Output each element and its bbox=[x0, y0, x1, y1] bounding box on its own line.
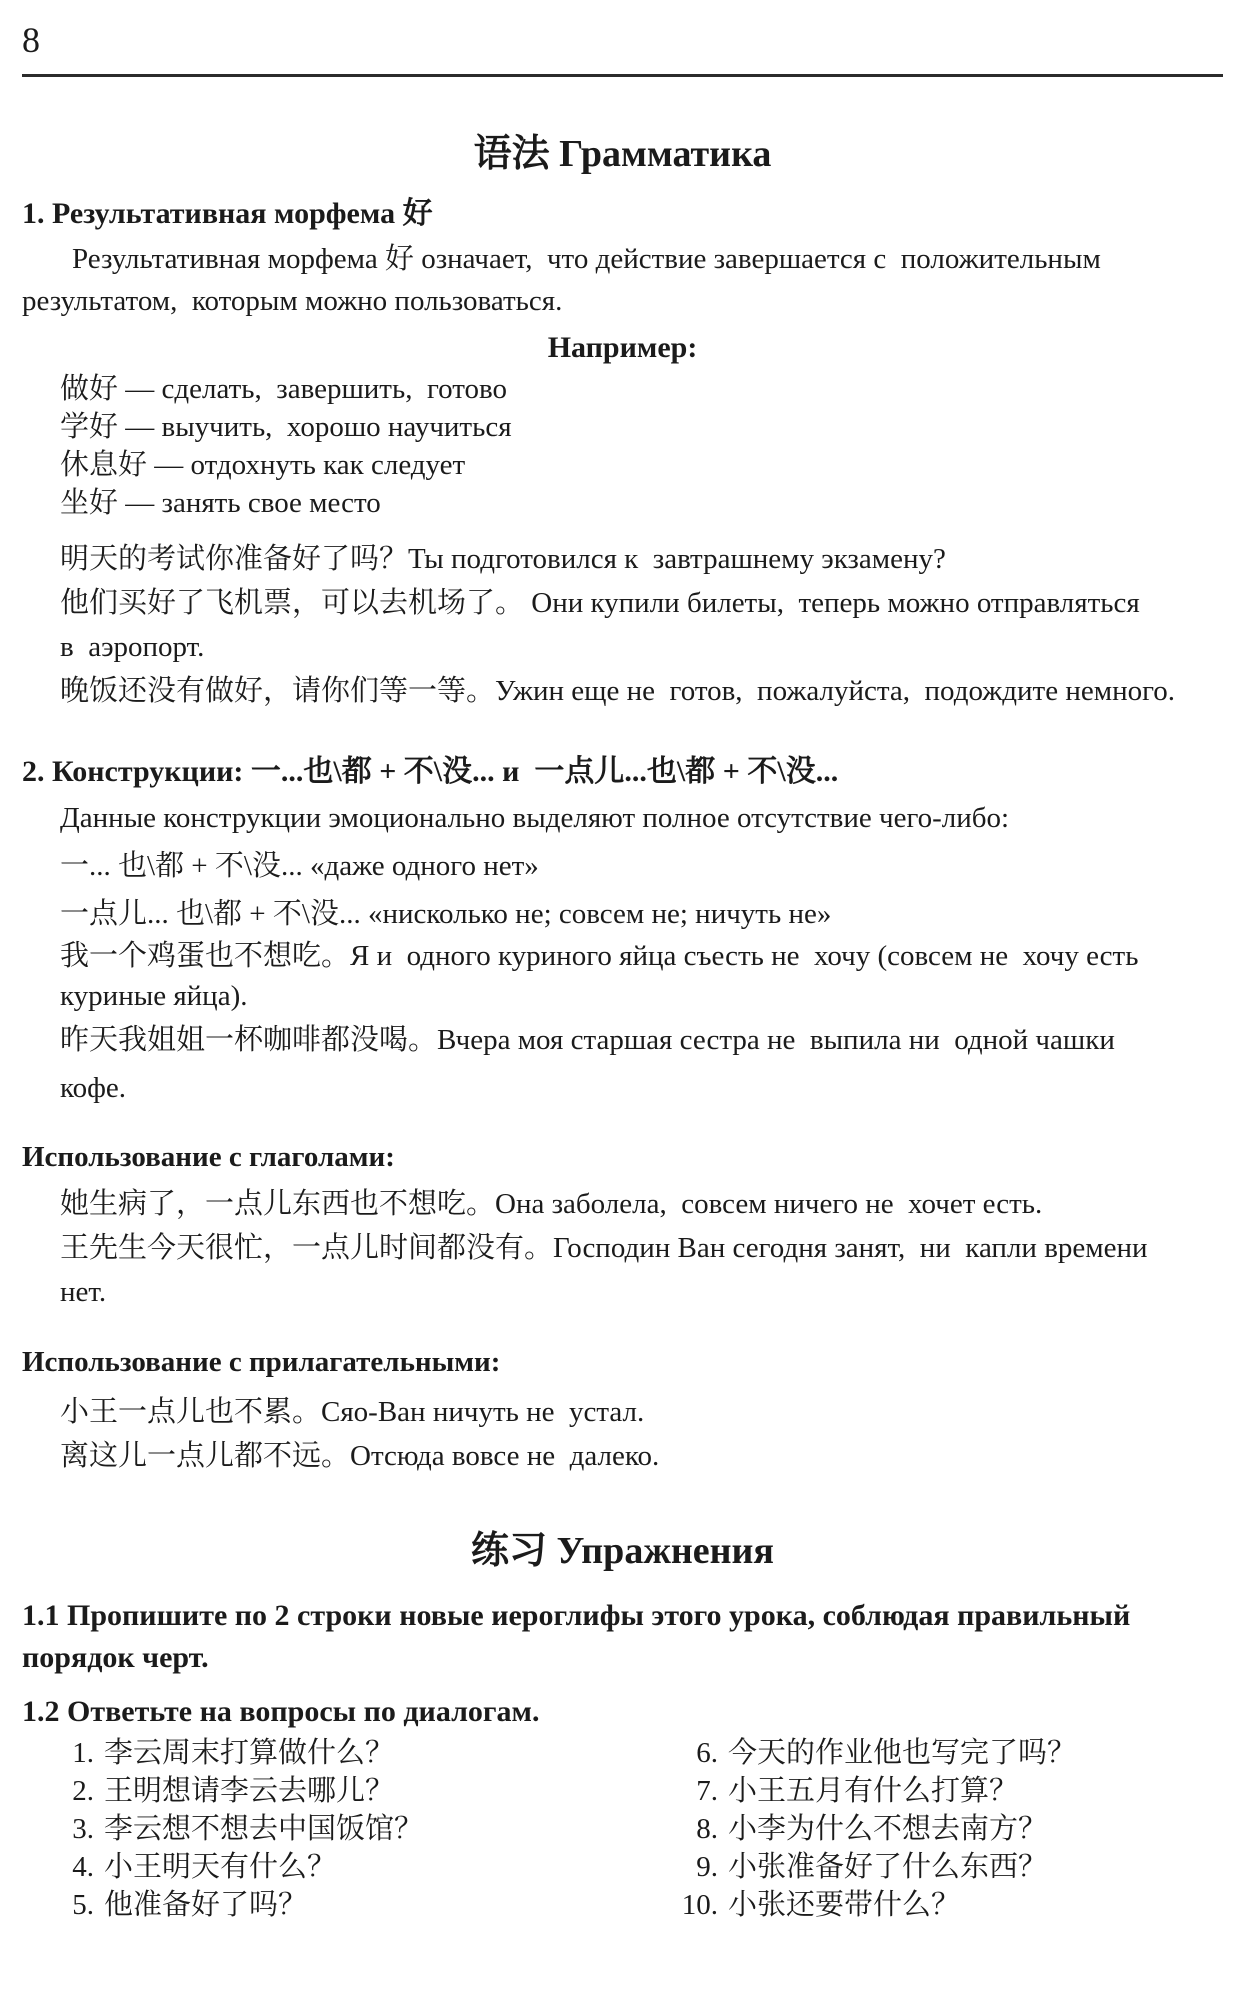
exercises-title: 练习 Упражнения bbox=[22, 1525, 1223, 1577]
question-number: 8. bbox=[674, 1810, 718, 1848]
question-text: 李云想不想去中国饭馆？ bbox=[104, 1810, 423, 1848]
question-number: 7. bbox=[674, 1772, 718, 1810]
question-number: 9. bbox=[674, 1848, 718, 1886]
question-number: 4. bbox=[50, 1848, 94, 1886]
section2-note: Данные конструкции эмоционально выделяют… bbox=[60, 798, 1223, 838]
example-sentence-egg-line2: куриные яйца). bbox=[60, 976, 1223, 1016]
question-text: 今天的作业他也写完了吗？ bbox=[728, 1734, 1076, 1772]
example-pair-list: 做好 — сделать, завершить, готово 学好 — выу… bbox=[60, 370, 1223, 522]
adjective-example-far: 离这儿一点儿都不远。Отсюда вовсе не далеко. bbox=[60, 1434, 1223, 1478]
header-rule bbox=[22, 74, 1223, 77]
question-row: 1. 李云周末打算做什么？ bbox=[50, 1734, 622, 1772]
question-row: 10. 小张还要带什么？ bbox=[674, 1886, 1223, 1924]
verb-example-sick: 她生病了，一点儿东西也不想吃。Она заболела, совсем ниче… bbox=[60, 1182, 1223, 1226]
example-pair: 坐好 — занять свое место bbox=[60, 484, 1223, 522]
example-sentence-coffee-line2: кофе. bbox=[60, 1064, 1223, 1112]
section2-heading: 2. Конструкции: 一...也\都 + 不\没... и 一点儿..… bbox=[22, 750, 1223, 794]
question-row: 7. 小王五月有什么打算？ bbox=[674, 1772, 1223, 1810]
verbs-usage-heading: Использование с глаголами: bbox=[22, 1135, 1223, 1179]
example-sentence-tickets-line1: 他们买好了飞机票，可以去机场了。 Они купили билеты, тепе… bbox=[60, 581, 1223, 625]
section1-intro-line2: результатом, которым можно пользоваться. bbox=[22, 280, 1223, 322]
page-number: 8 bbox=[22, 18, 1223, 62]
verb-example-busy-line2: нет. bbox=[60, 1270, 1223, 1314]
question-row: 4. 小王明天有什么？ bbox=[50, 1848, 622, 1886]
example-sentence-exam: 明天的考试你准备好了吗？Ты подготовился к завтрашнем… bbox=[60, 537, 1223, 581]
question-text: 李云周末打算做什么？ bbox=[104, 1734, 394, 1772]
example-sentence-egg-line1: 我一个鸡蛋也不想吃。Я и одного куриного яйца съест… bbox=[60, 936, 1223, 976]
question-number: 2. bbox=[50, 1772, 94, 1810]
question-text: 小李为什么不想去南方？ bbox=[728, 1810, 1047, 1848]
question-text: 他准备好了吗？ bbox=[104, 1886, 307, 1924]
question-row: 9. 小张准备好了什么东西？ bbox=[674, 1848, 1223, 1886]
questions-column-left: 1. 李云周末打算做什么？ 2. 王明想请李云去哪儿？ 3. 李云想不想去中国饭… bbox=[22, 1734, 622, 1924]
question-row: 8. 小李为什么不想去南方？ bbox=[674, 1810, 1223, 1848]
question-row: 2. 王明想请李云去哪儿？ bbox=[50, 1772, 622, 1810]
question-number: 3. bbox=[50, 1810, 94, 1848]
example-sentence-coffee-line1: 昨天我姐姐一杯咖啡都没喝。Вчера моя старшая сестра не… bbox=[60, 1016, 1223, 1064]
construction-formula-2: 一点儿... 也\都 + 不\没... «нисколько не; совсе… bbox=[60, 894, 1223, 934]
section1-intro-line1: Результативная морфема 好 означает, что д… bbox=[22, 238, 1223, 280]
question-text: 王明想请李云去哪儿？ bbox=[104, 1772, 394, 1810]
question-text: 小张还要带什么？ bbox=[728, 1886, 960, 1924]
task-1-1-line2: порядок черт. bbox=[22, 1637, 1223, 1679]
question-number: 5. bbox=[50, 1886, 94, 1924]
textbook-page: 8 语法 Грамматика 1. Результативная морфем… bbox=[0, 0, 1245, 2000]
adjective-example-tired: 小王一点儿也不累。Сяо-Ван ничуть не устал. bbox=[60, 1390, 1223, 1434]
question-number: 1. bbox=[50, 1734, 94, 1772]
example-sentence-dinner: 晚饭还没有做好，请你们等一等。Ужин еще не готов, пожалу… bbox=[60, 669, 1223, 713]
question-number: 6. bbox=[674, 1734, 718, 1772]
task-1-2: 1.2 Ответьте на вопросы по диалогам. bbox=[22, 1690, 1223, 1734]
grammar-title: 语法 Грамматика bbox=[22, 128, 1223, 180]
example-sentence-tickets-line2: в аэропорт. bbox=[60, 625, 1223, 669]
question-row: 6. 今天的作业他也写完了吗？ bbox=[674, 1734, 1223, 1772]
construction-formula-1: 一... 也\都 + 不\没... «даже одного нет» bbox=[60, 846, 1223, 886]
question-row: 3. 李云想不想去中国饭馆？ bbox=[50, 1810, 622, 1848]
example-pair: 做好 — сделать, завершить, готово bbox=[60, 370, 1223, 408]
question-text: 小王五月有什么打算？ bbox=[728, 1772, 1018, 1810]
questions-columns: 1. 李云周末打算做什么？ 2. 王明想请李云去哪儿？ 3. 李云想不想去中国饭… bbox=[22, 1734, 1223, 1924]
example-label: Например: bbox=[22, 326, 1223, 370]
questions-column-right: 6. 今天的作业他也写完了吗？ 7. 小王五月有什么打算？ 8. 小李为什么不想… bbox=[622, 1734, 1223, 1924]
task-1-1-line1: 1.1 Пропишите по 2 строки новые иероглиф… bbox=[22, 1595, 1223, 1637]
example-pair: 学好 — выучить, хорошо научиться bbox=[60, 408, 1223, 446]
example-pair: 休息好 — отдохнуть как следует bbox=[60, 446, 1223, 484]
verb-example-busy-line1: 王先生今天很忙，一点儿时间都没有。Господин Ван сегодня за… bbox=[60, 1226, 1223, 1270]
question-text: 小张准备好了什么东西？ bbox=[728, 1848, 1047, 1886]
question-row: 5. 他准备好了吗？ bbox=[50, 1886, 622, 1924]
section1-heading: 1. Результативная морфема 好 bbox=[22, 192, 1223, 236]
question-number: 10. bbox=[674, 1886, 718, 1924]
question-text: 小王明天有什么？ bbox=[104, 1848, 336, 1886]
adjectives-usage-heading: Использование с прилагательными: bbox=[22, 1340, 1223, 1384]
